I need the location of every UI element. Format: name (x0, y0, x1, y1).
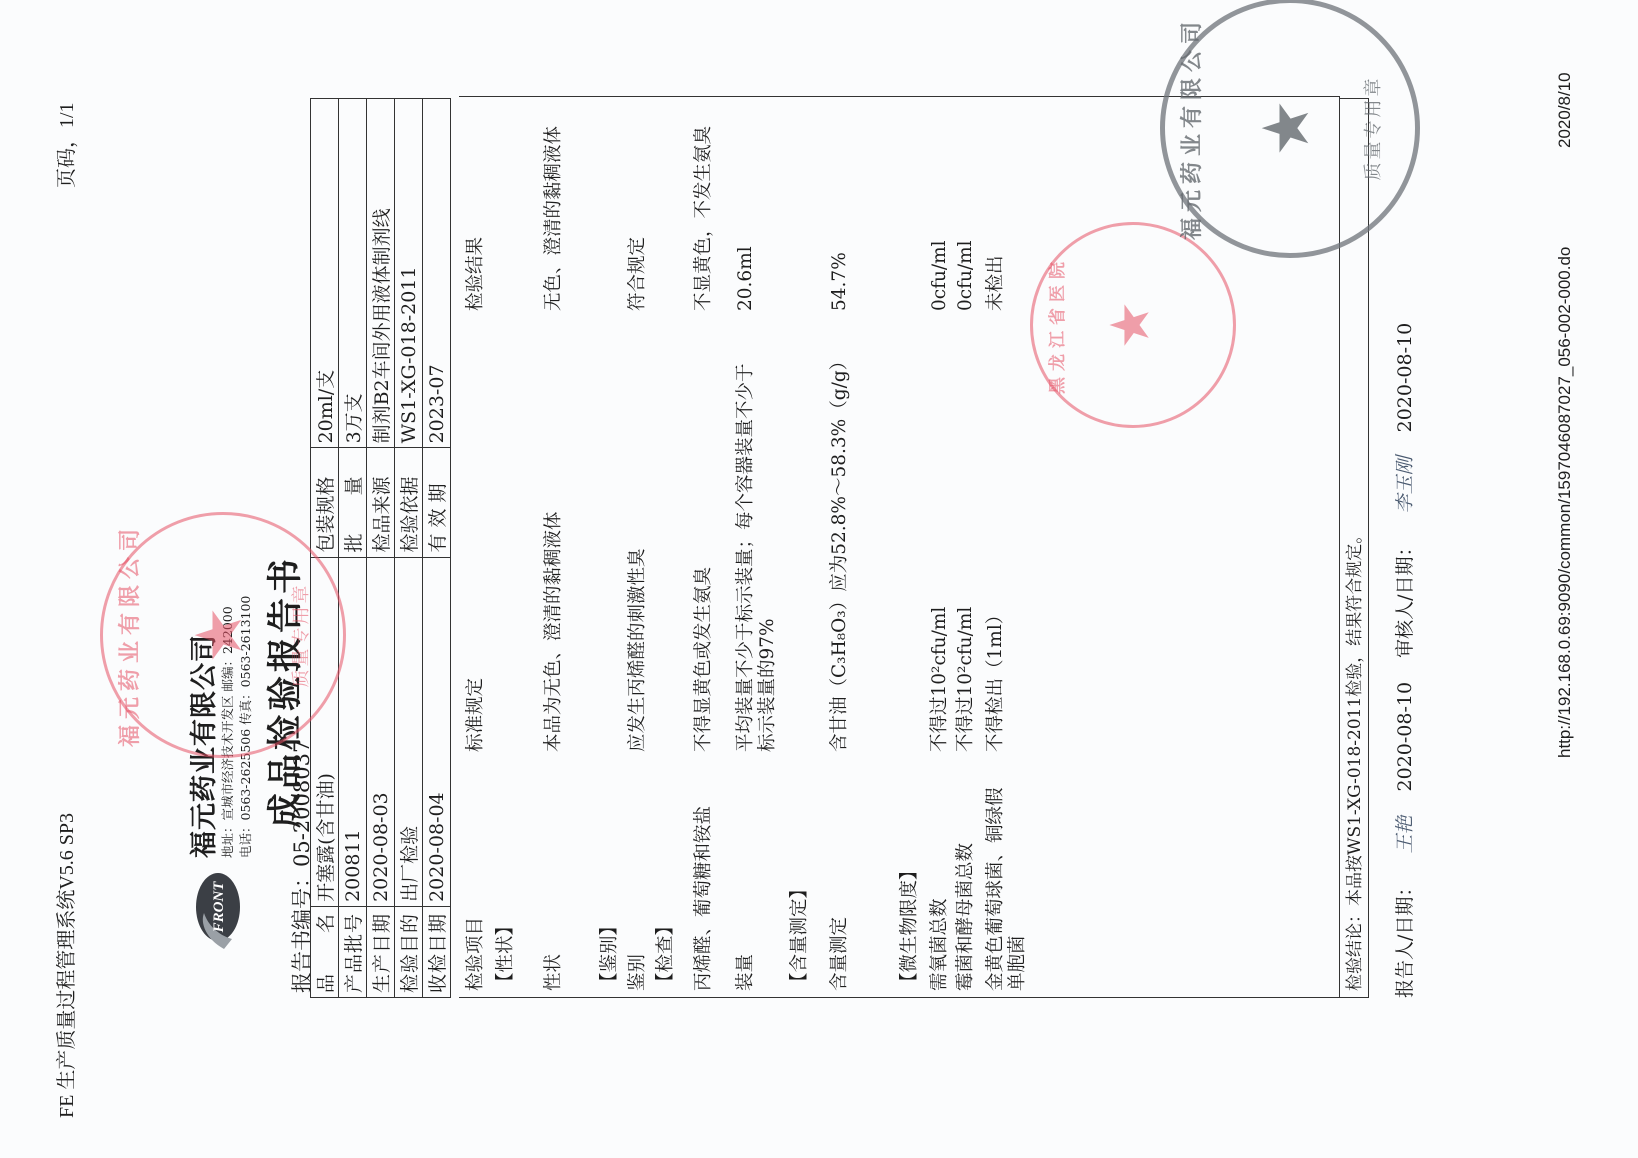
info-value: 3万支 (339, 99, 367, 448)
row-item: 需氧菌总数 (929, 771, 951, 991)
info-value: 2020-08-03 (367, 557, 395, 906)
company-address: 地址：宣城市经济技术开发区 邮编：242000 (218, 606, 236, 858)
info-label: 包装规格 (311, 448, 339, 557)
reporter-date: 2020-08-10 (1394, 682, 1416, 792)
row-result: 不显黄色，不发生氨臭 (693, 111, 715, 311)
info-value: 2023-07 (423, 99, 451, 448)
col-header-item: 检验项目 (465, 771, 487, 991)
info-value: 200811 (339, 557, 367, 906)
info-label: 检验目的 (395, 906, 423, 997)
print-date: 2020/8/10 (1555, 72, 1575, 148)
scanned-page: FE 生产质量过程管理系统V5.6 SP3 页码，1/1 FRONT 福元药业有… (0, 0, 1638, 1158)
conclusion: 检验结论：本品按WS1-XG-018-2011检验，结果符合规定。 (1339, 98, 1369, 998)
info-value: 2020-08-04 (423, 557, 451, 906)
info-label: 产品批号 (339, 906, 367, 997)
info-row: 生产日期2020-08-03检品来源制剂B2车间外用液体制剂线 (367, 99, 395, 998)
info-label: 有 效 期 (423, 448, 451, 557)
info-value: WS1-XG-018-2011 (395, 99, 423, 448)
row-standard: 平均装量不少于标示装量；每个容器装量不少于标示装量的97% (735, 352, 779, 752)
row-standard: 应发生丙烯醛的刺激性臭 (627, 352, 649, 752)
row-standard: 不得显黄色或发生氨臭 (693, 352, 715, 752)
system-name: FE 生产质量过程管理系统V5.6 SP3 (50, 813, 79, 1118)
page-indicator: 页码，1/1 (50, 102, 79, 188)
reviewer-label: 审核人/日期： (1394, 537, 1416, 657)
row-item: 鉴别 (627, 771, 649, 991)
footer-url: http://192.168.0.69:9090/common/15970460… (1555, 247, 1575, 758)
info-row: 收检日期2020-08-04有 效 期2023-07 (423, 99, 451, 998)
row-result: 未检出 (985, 111, 1007, 311)
row-result: 无色、澄清的黏稠液体 (543, 111, 565, 311)
row-item: 【检查】 (655, 771, 677, 991)
signature-line: 报告人/日期： 王艳 2020-08-10 审核人/日期： 李玉刚 2020-0… (1390, 305, 1417, 998)
row-standard: 不得过10²cfu/ml (929, 352, 951, 752)
row-item: 【性状】 (495, 771, 517, 991)
row-item: 含量测定 (829, 771, 851, 991)
info-value: 制剂B2车间外用液体制剂线 (367, 99, 395, 448)
info-value: 出厂检验 (395, 557, 423, 906)
info-value: 开塞露(含甘油) (311, 557, 339, 906)
info-label: 品 名 (311, 906, 339, 997)
company-name: 福元药业有限公司 (182, 634, 221, 858)
row-item: 【含量测定】 (789, 771, 811, 991)
info-label: 检验依据 (395, 448, 423, 557)
row-standard: 不得过10²cfu/ml (955, 352, 977, 752)
info-value: 20ml/支 (311, 99, 339, 448)
svg-text:FRONT: FRONT (211, 881, 227, 934)
info-label: 生产日期 (367, 906, 395, 997)
front-logo-icon: FRONT (188, 871, 244, 953)
row-standard: 含甘油（C₃H₈O₃）应为52.8%～58.3%（g/g） (829, 352, 851, 752)
row-item: 金黄色葡萄球菌、铜绿假单胞菌 (985, 771, 1029, 991)
row-result: 20.6ml (735, 111, 757, 311)
col-header-standard: 标准规定 (465, 352, 487, 752)
info-row: 产品批号200811批 量3万支 (339, 99, 367, 998)
row-item: 霉菌和酵母菌总数 (955, 771, 977, 991)
row-result: 0cfu/ml (955, 111, 977, 311)
reporter-label: 报告人/日期： (1394, 878, 1416, 998)
info-label: 收检日期 (423, 906, 451, 997)
results-table: 检验项目 标准规定 检验结果 【性状】性状本品为无色、澄清的黏稠液体无色、澄清的… (459, 96, 1340, 998)
info-label: 检品来源 (367, 448, 395, 557)
col-header-result: 检验结果 (465, 111, 487, 311)
info-row: 检验目的出厂检验检验依据WS1-XG-018-2011 (395, 99, 423, 998)
reviewer-signature: 李玉刚 (1394, 456, 1416, 513)
row-item: 性状 (543, 771, 565, 991)
row-item: 【鉴别】 (599, 771, 621, 991)
info-row: 品 名开塞露(含甘油)包装规格20ml/支 (311, 99, 339, 998)
info-label: 批 量 (339, 448, 367, 557)
row-item: 【微生物限度】 (899, 771, 921, 991)
company-phone: 电话：0563-2625506 传真：0563-2613100 (236, 596, 254, 858)
row-result: 0cfu/ml (929, 111, 951, 311)
row-result: 54.7% (829, 111, 851, 311)
row-standard: 不得检出（1ml） (985, 352, 1007, 752)
row-item: 丙烯醛、葡萄糖和铵盐 (693, 771, 715, 991)
row-result: 符合规定 (627, 111, 649, 311)
reporter-signature: 王艳 (1394, 816, 1416, 854)
product-info-table: 品 名开塞露(含甘油)包装规格20ml/支产品批号200811批 量3万支生产日… (310, 98, 451, 998)
reviewer-date: 2020-08-10 (1394, 323, 1416, 433)
row-standard: 本品为无色、澄清的黏稠液体 (543, 352, 565, 752)
row-item: 装量 (735, 771, 757, 991)
